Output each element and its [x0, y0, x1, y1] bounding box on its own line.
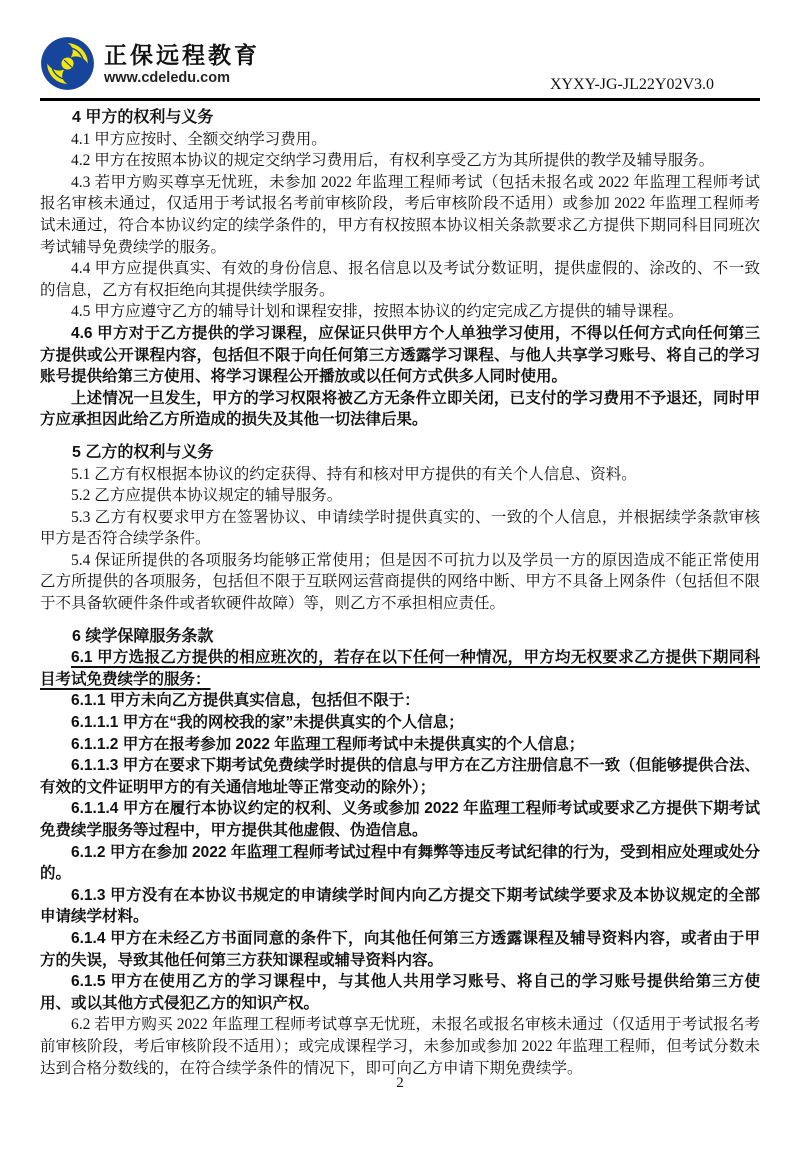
header-divider	[40, 98, 760, 101]
clause-4-3: 4.3 若甲方购买尊享无忧班，未参加 2022 年监理工程师考试（包括未报名或 …	[40, 172, 760, 258]
clause-4-5: 4.5 甲方应遵守乙方的辅导计划和课程安排，按照本协议的约定完成乙方提供的辅导课…	[40, 301, 760, 323]
section-5-heading: 5 乙方的权利与义务	[40, 442, 760, 464]
clause-5-3: 5.3 乙方有权要求甲方在签署协议、申请续学时提供真实的、一致的个人信息，并根据…	[40, 507, 760, 550]
clause-6-1-4: 6.1.4 甲方在未经乙方书面同意的条件下，向其他任何第三方透露课程及辅导资料内…	[40, 928, 760, 971]
section-4-heading: 4 甲方的权利与义务	[40, 107, 760, 129]
clause-6-2: 6.2 若甲方购买 2022 年监理工程师考试尊享无忧班，未报名或报名审核未通过…	[40, 1014, 760, 1079]
document-body: 4 甲方的权利与义务4.1 甲方应按时、全额交纳学习费用。4.2 甲方在按照本协…	[40, 107, 760, 1079]
brand-text: 正保远程教育 www.cdeledu.com	[104, 41, 260, 87]
clause-6-1: 6.1 甲方选报乙方提供的相应班次的，若存在以下任何一种情况，甲方均无权要求乙方…	[40, 647, 760, 690]
clause-6-1-1-2: 6.1.1.2 甲方在报考参加 2022 年监理工程师考试中未提供真实的个人信息…	[40, 734, 760, 756]
clause-4-6-note: 上述情况一旦发生，甲方的学习权限将被乙方无条件立即关闭，已支付的学习费用不予退还…	[40, 388, 760, 431]
clause-6-1-1-4: 6.1.1.4 甲方在履行本协议约定的权利、义务或参加 2022 年监理工程师考…	[40, 798, 760, 841]
clause-6-1-5: 6.1.5 甲方在使用乙方的学习课程中，与其他人共用学习账号、将自己的学习账号提…	[40, 971, 760, 1014]
clause-5-1: 5.1 乙方有权根据本协议的约定获得、持有和核对甲方提供的有关个人信息、资料。	[40, 464, 760, 486]
clause-4-4: 4.4 甲方应提供真实、有效的身份信息、报名信息以及考试分数证明，提供虚假的、涂…	[40, 258, 760, 301]
clause-4-2: 4.2 甲方在按照本协议的规定交纳学习费用后，有权利享受乙方为其所提供的教学及辅…	[40, 150, 760, 172]
clause-6-1-1: 6.1.1 甲方未向乙方提供真实信息，包括但不限于：	[40, 690, 760, 712]
brand-name: 正保远程教育	[104, 41, 260, 69]
clause-6-1-2: 6.1.2 甲方在参加 2022 年监理工程师考试过程中有舞弊等违反考试纪律的行…	[40, 842, 760, 885]
clause-6-1-1-3: 6.1.1.3 甲方在要求下期考试免费续学时提供的信息与甲方在乙方注册信息不一致…	[40, 755, 760, 798]
clause-4-1: 4.1 甲方应按时、全额交纳学习费用。	[40, 129, 760, 151]
page-header: 正保远程教育 www.cdeledu.com XYXY-JG-JL22Y02V3…	[40, 36, 760, 96]
clause-5-2: 5.2 乙方应提供本协议规定的辅导服务。	[40, 485, 760, 507]
contract-page: 正保远程教育 www.cdeledu.com XYXY-JG-JL22Y02V3…	[0, 0, 800, 1154]
clause-5-4: 5.4 保证所提供的各项服务均能够正常使用；但是因不可抗力以及学员一方的原因造成…	[40, 550, 760, 615]
section-6-heading: 6 续学保障服务条款	[40, 626, 760, 648]
brand-url: www.cdeledu.com	[104, 69, 260, 87]
page-number: 2	[0, 1075, 800, 1092]
logo-swirl-icon	[40, 36, 95, 91]
clause-6-1-3: 6.1.3 甲方没有在本协议书规定的申请续学时间内向乙方提交下期考试续学要求及本…	[40, 885, 760, 928]
clause-4-6: 4.6 甲方对于乙方提供的学习课程，应保证只供甲方个人单独学习使用，不得以任何方…	[40, 323, 760, 388]
doc-code: XYXY-JG-JL22Y02V3.0	[550, 75, 760, 96]
clause-6-1-1-1: 6.1.1.1 甲方在“我的网校我的家”未提供真实的个人信息；	[40, 712, 760, 734]
brand: 正保远程教育 www.cdeledu.com	[40, 36, 260, 91]
